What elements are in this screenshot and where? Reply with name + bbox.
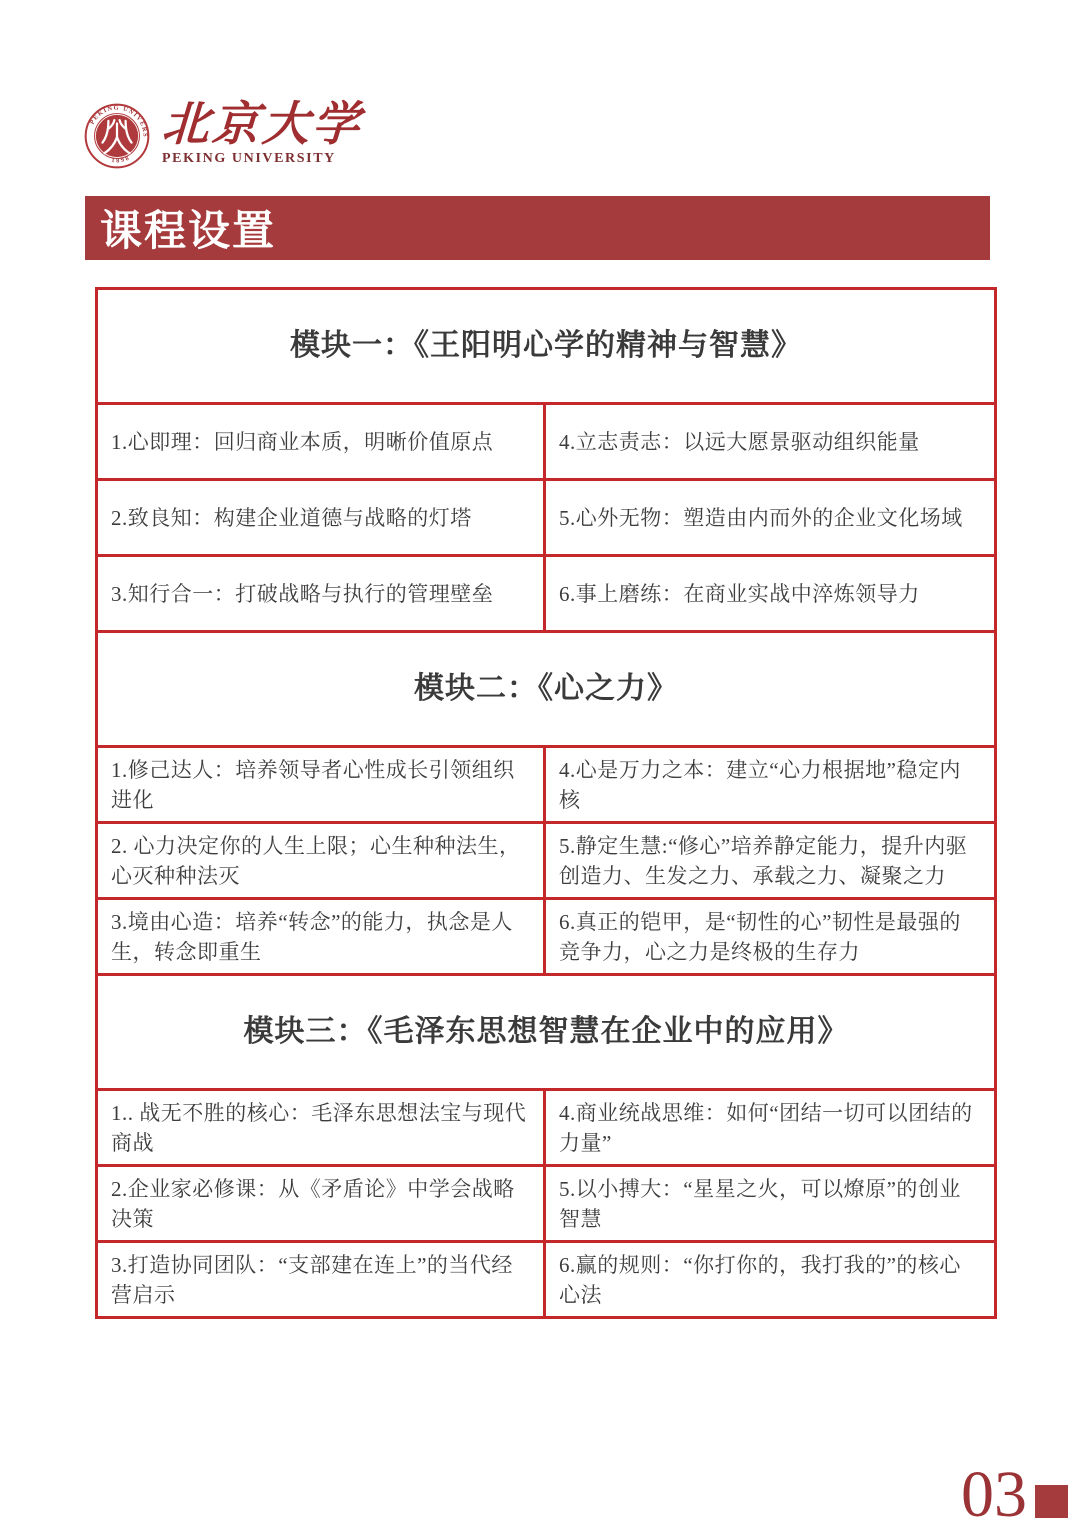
course-item: 6.赢的规则：“你打你的，我打我的”的核心心法 xyxy=(546,1243,994,1316)
document-page: PEKING UNIVERSITY 1898 北京大学 PEKING UNIVE… xyxy=(0,0,1080,1528)
course-item: 2.致良知：构建企业道德与战略的灯塔 xyxy=(98,481,546,554)
table-row: 1.. 战无不胜的核心：毛泽东思想法宝与现代商战 4.商业统战思维：如何“团结一… xyxy=(98,1088,994,1164)
course-item: 6.真正的铠甲，是“韧性的心”韧性是最强的竞争力，心之力是终极的生存力 xyxy=(546,900,994,973)
university-name-zh: 北京大学 xyxy=(161,100,364,150)
peking-university-seal-icon: PEKING UNIVERSITY 1898 xyxy=(84,103,150,169)
course-item: 4.心是万力之本：建立“心力根据地”稳定内核 xyxy=(546,748,994,821)
course-item: 4.商业统战思维：如何“团结一切可以团结的力量” xyxy=(546,1091,994,1164)
university-name-en: PEKING UNIVERSITY xyxy=(162,151,362,167)
module-3-section: 模块三：《毛泽东思想智慧在企业中的应用》 1.. 战无不胜的核心：毛泽东思想法宝… xyxy=(98,973,994,1316)
table-row: 3.知行合一：打破战略与执行的管理壁垒 6.事上磨练：在商业实战中淬炼领导力 xyxy=(98,554,994,630)
course-item: 3.知行合一：打破战略与执行的管理壁垒 xyxy=(98,557,546,630)
table-row: 1.修己达人：培养领导者心性成长引领组织进化 4.心是万力之本：建立“心力根据地… xyxy=(98,745,994,821)
module-1-title: 模块一：《王阳明心学的精神与智慧》 xyxy=(98,290,994,402)
course-item: 3.打造协同团队：“支部建在连上”的当代经营启示 xyxy=(98,1243,546,1316)
course-item: 1.修己达人：培养领导者心性成长引领组织进化 xyxy=(98,748,546,821)
module-3-title: 模块三：《毛泽东思想智慧在企业中的应用》 xyxy=(98,973,994,1088)
course-item: 5.心外无物：塑造由内而外的企业文化场域 xyxy=(546,481,994,554)
course-item: 4.立志责志：以远大愿景驱动组织能量 xyxy=(546,405,994,478)
logo-wordmark: 北京大学 PEKING UNIVERSITY xyxy=(162,100,362,167)
section-title: 课程设置 xyxy=(85,198,276,258)
course-item: 3.境由心造：培养“转念”的能力，执念是人生，转念即重生 xyxy=(98,900,546,973)
course-item: 1.心即理：回归商业本质，明晰价值原点 xyxy=(98,405,546,478)
table-row: 3.境由心造：培养“转念”的能力，执念是人生，转念即重生 6.真正的铠甲，是“韧… xyxy=(98,897,994,973)
table-row: 2. 心力决定你的人生上限；心生种种法生，心灭种种法灭 5.静定生慧:“修心”培… xyxy=(98,821,994,897)
course-item: 5.静定生慧:“修心”培养静定能力，提升内驱创造力、生发之力、承载之力、凝聚之力 xyxy=(546,824,994,897)
course-item: 1.. 战无不胜的核心：毛泽东思想法宝与现代商战 xyxy=(98,1091,546,1164)
page-number: 03 xyxy=(961,1466,1027,1524)
module-2-title: 模块二：《心之力》 xyxy=(98,630,994,745)
course-item: 6.事上磨练：在商业实战中淬炼领导力 xyxy=(546,557,994,630)
course-item: 5.以小搏大：“星星之火，可以燎原”的创业智慧 xyxy=(546,1167,994,1240)
module-2-section: 模块二：《心之力》 1.修己达人：培养领导者心性成长引领组织进化 4.心是万力之… xyxy=(98,630,994,973)
table-row: 1.心即理：回归商业本质，明晰价值原点 4.立志责志：以远大愿景驱动组织能量 xyxy=(98,402,994,478)
table-row: 2.致良知：构建企业道德与战略的灯塔 5.心外无物：塑造由内而外的企业文化场域 xyxy=(98,478,994,554)
course-item: 2. 心力决定你的人生上限；心生种种法生，心灭种种法灭 xyxy=(98,824,546,897)
module-1-section: 模块一：《王阳明心学的精神与智慧》 1.心即理：回归商业本质，明晰价值原点 4.… xyxy=(98,290,994,630)
course-table: 模块一：《王阳明心学的精神与智慧》 1.心即理：回归商业本质，明晰价值原点 4.… xyxy=(95,287,997,1319)
page-footer: 03 xyxy=(961,1466,1068,1524)
section-banner: 课程设置 xyxy=(85,196,990,260)
university-logo: PEKING UNIVERSITY 1898 北京大学 PEKING UNIVE… xyxy=(84,100,362,169)
page-number-square-decoration xyxy=(1035,1485,1068,1518)
table-row: 2.企业家必修课：从《矛盾论》中学会战略决策 5.以小搏大：“星星之火，可以燎原… xyxy=(98,1164,994,1240)
course-item: 2.企业家必修课：从《矛盾论》中学会战略决策 xyxy=(98,1167,546,1240)
table-row: 3.打造协同团队：“支部建在连上”的当代经营启示 6.赢的规则：“你打你的，我打… xyxy=(98,1240,994,1316)
